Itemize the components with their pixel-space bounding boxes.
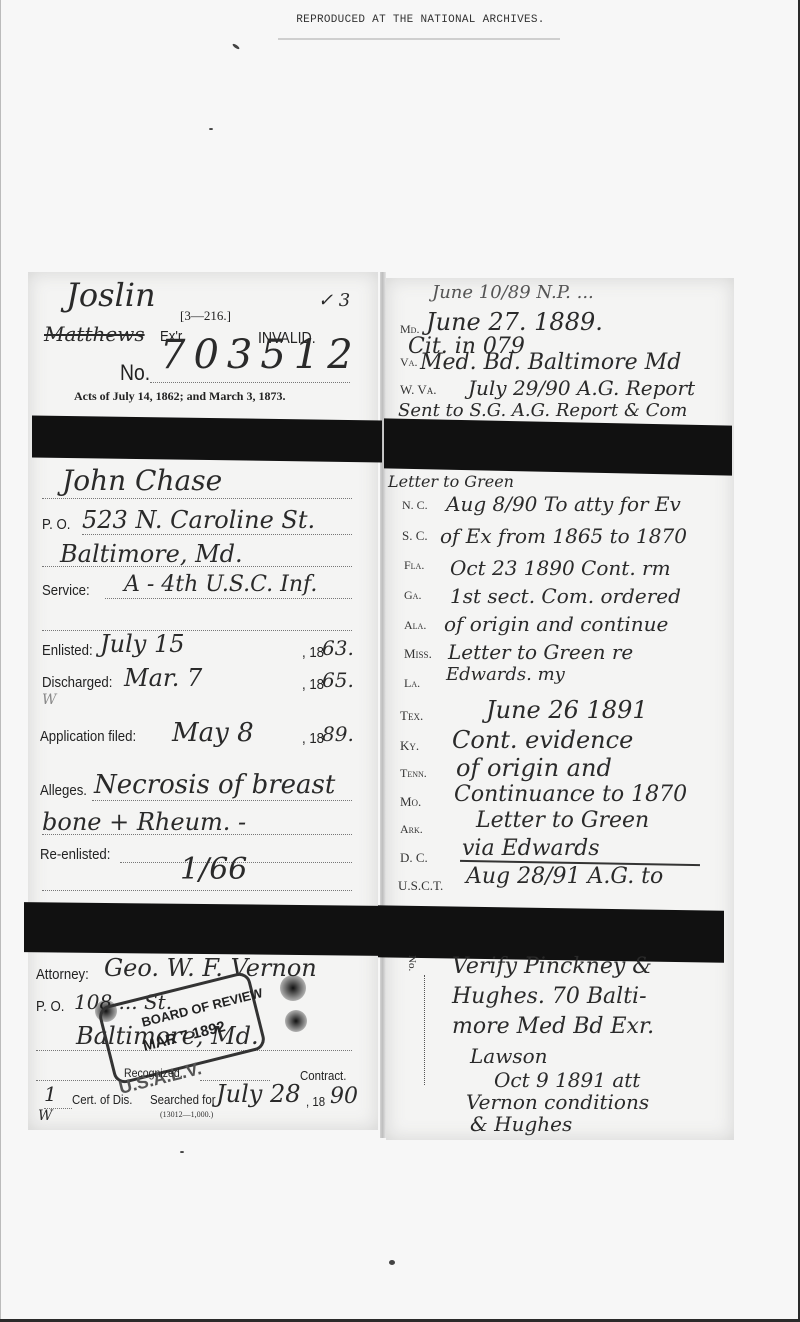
redaction-band <box>32 416 382 463</box>
state-note-ark: Letter to Green <box>476 808 649 833</box>
discharged-year-prefix: , 18 <box>302 676 324 693</box>
recognized-label: Recognized. <box>124 1066 183 1080</box>
application-label: Application filed: <box>40 728 136 745</box>
discharged-value: Mar. 7 <box>124 664 202 692</box>
bottom-margin-mark: W <box>38 1108 52 1124</box>
application-value: May 8 <box>172 718 254 748</box>
state-label-tenn: Tenn. <box>400 766 427 781</box>
surname: Joslin <box>66 276 156 314</box>
state-note-tex: June 26 1891 <box>486 696 648 724</box>
state-label-nc: N. C. <box>402 498 428 513</box>
state-label-tex: Tex. <box>400 708 423 724</box>
state-note-tenn: of origin and <box>456 754 612 782</box>
state-label-mo: Mo. <box>400 794 421 810</box>
back-top-line6: Sent to S.G. A.G. Report & Com <box>398 400 687 421</box>
back-bottom-line2: Hughes. 70 Balti- <box>452 984 647 1009</box>
state-note-ala: of origin and continue <box>444 612 668 636</box>
page-edge-left <box>0 0 1 1322</box>
state-label-va: Va. <box>400 355 417 370</box>
state-note-usct: Aug 28/91 A.G. to <box>466 864 663 889</box>
reenlisted-label: Re-enlisted: <box>40 846 110 863</box>
state-note-fla: Oct 23 1890 Cont. rm <box>450 556 671 580</box>
state-label-fla: Fla. <box>404 558 424 573</box>
enlisted-year-prefix: , 18 <box>302 644 324 661</box>
back-top-line4: Med. Bd. Baltimore Md <box>420 350 681 375</box>
back-bottom-line7: & Hughes <box>470 1112 572 1136</box>
po-address-line1: 523 N. Caroline St. <box>82 506 315 534</box>
state-label-ala: Ala. <box>404 618 426 633</box>
state-label-miss: Miss. <box>404 646 432 662</box>
state-note-sc: of Ex from 1865 to 1870 <box>440 524 687 548</box>
back-bottom-line5: Oct 9 1891 att <box>494 1068 640 1092</box>
po-label: P. O. <box>42 516 70 533</box>
searched-label: Searched for <box>150 1092 216 1107</box>
claimant-name: John Chase <box>62 464 222 497</box>
state-label-ga: Ga. <box>404 588 421 603</box>
service-label: Service: <box>42 582 90 599</box>
state-note-dc: via Edwards <box>462 836 600 861</box>
application-year: 89. <box>322 722 354 746</box>
cert-mark: 1 <box>44 1082 57 1106</box>
ink-spot <box>280 975 306 1001</box>
speck <box>209 128 213 130</box>
attorney-po-label: P. O. <box>36 998 64 1015</box>
back-bottom-line4: Lawson <box>470 1044 548 1068</box>
state-note-nc: Aug 8/90 To atty for Ev <box>446 492 681 516</box>
state-label-sc: S. C. <box>402 528 428 544</box>
searched-year: 90 <box>330 1084 358 1109</box>
state-note-ga: 1st sect. Com. ordered <box>450 584 681 608</box>
contract-label: Contract. <box>300 1068 346 1083</box>
discharged-year: 65. <box>322 668 354 692</box>
side-dotted-line <box>424 975 425 1085</box>
state-label-ark: Ark. <box>400 822 423 837</box>
claim-number: 703512 <box>160 332 361 378</box>
cert-label: Cert. of Dis. <box>72 1092 132 1107</box>
alleges-line2: bone + Rheum. - <box>42 808 246 836</box>
side-no-label: No. <box>406 955 418 971</box>
archive-header-rule <box>278 38 560 40</box>
back-bottom-line1: Verify Pinckney & <box>452 954 652 979</box>
po-address-line2: Baltimore, Md. <box>60 540 243 568</box>
enlisted-year: 63. <box>322 636 354 660</box>
back-top-line5: July 29/90 A.G. Report <box>468 376 695 400</box>
letter-note: Letter to Green <box>388 472 514 491</box>
printer-code: (13012—1,000.) <box>160 1110 213 1119</box>
corner-checkmark: ✓ 3 <box>318 290 350 311</box>
number-label: No. <box>120 360 150 386</box>
acts-line: Acts of July 14, 1862; and March 3, 1873… <box>74 389 285 404</box>
discharged-label: Discharged: <box>42 674 112 691</box>
speck <box>232 43 240 50</box>
speck <box>389 1260 395 1265</box>
reenlisted-mark: 1/66 <box>180 852 247 887</box>
attorney-label: Attorney: <box>36 966 89 983</box>
application-year-prefix: , 18 <box>302 730 324 747</box>
enlisted-value: July 15 <box>100 630 184 658</box>
state-note-mo: Continuance to 1870 <box>454 782 687 807</box>
discharged-margin-note: W <box>42 692 56 708</box>
struck-name: Matthews <box>44 322 145 346</box>
state-label-usct: U.S.C.T. <box>398 878 443 894</box>
alleges-line1: Necrosis of breast <box>94 770 335 800</box>
redaction-band <box>384 418 732 475</box>
state-label-dc: D. C. <box>400 850 428 866</box>
ink-spot <box>285 1010 307 1032</box>
searched-value: July 28 <box>216 1080 300 1108</box>
form-number: [3—216.] <box>180 308 231 324</box>
service-value: A - 4th U.S.C. Inf. <box>124 572 317 597</box>
state-note-miss: Letter to Green re <box>448 640 633 664</box>
back-bottom-line6: Vernon conditions <box>466 1090 649 1114</box>
back-top-line2: June 27. 1889. <box>426 308 603 336</box>
archive-header-stamp: REPRODUCED AT THE NATIONAL ARCHIVES. <box>278 14 563 26</box>
state-note-la: Edwards. my <box>446 664 565 685</box>
state-label-la: La. <box>404 676 420 691</box>
state-note-ky: Cont. evidence <box>452 726 633 754</box>
redaction-band <box>24 902 380 956</box>
state-label-ky: Ky. <box>400 738 419 754</box>
speck <box>180 1151 184 1153</box>
state-label-wva: W. Va. <box>400 382 436 398</box>
searched-year-prefix: , 18 <box>306 1094 325 1109</box>
back-top-line1: June 10/89 N.P. ... <box>432 282 594 303</box>
alleges-label: Alleges. <box>40 782 87 799</box>
enlisted-label: Enlisted: <box>42 642 93 659</box>
back-bottom-line3: more Med Bd Exr. <box>452 1014 654 1039</box>
